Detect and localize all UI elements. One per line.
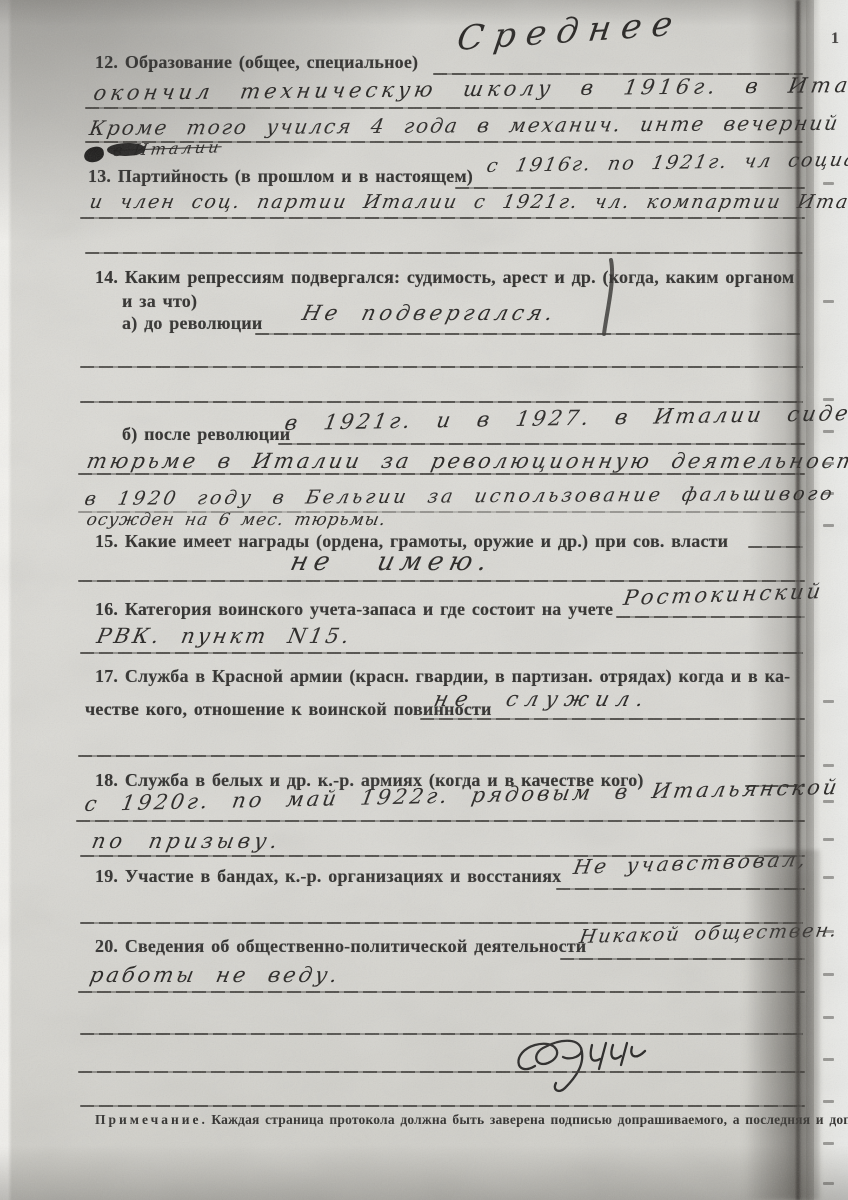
q16-number: 16. [95, 599, 118, 619]
ruled-line [80, 652, 803, 654]
q14-sub-b-label: б) после революции [122, 424, 290, 445]
ruled-line [748, 546, 803, 548]
q20-answer-line2: работы не веду. [88, 965, 342, 986]
ruled-line [255, 333, 800, 335]
ruled-line [455, 187, 805, 189]
q20-number: 20. [95, 936, 118, 956]
q14-label-line1: Каким репрессиям подвергался: судимость,… [125, 267, 794, 287]
edge-mark [823, 973, 834, 976]
edge-mark [823, 524, 834, 527]
q14-number: 14. [95, 267, 118, 287]
q12-answer-line3: Кроме того учился 4 года в механич. инте… [88, 112, 848, 138]
q19-number: 19. [95, 866, 118, 886]
ruled-line [80, 217, 805, 219]
q14-sub-b-answer3: в 1920 году в Бельгии за использование ф… [83, 484, 848, 509]
q15-number: 15. [95, 531, 118, 551]
q18-answer-line2: по призыву. [90, 831, 283, 852]
bottom-edge-shadow [0, 1145, 848, 1200]
q19-label: Участие в бандах, к.-р. организациях и в… [125, 866, 562, 886]
ruled-line [78, 580, 805, 582]
q16-label: Категория воинского учета-запаса и где с… [125, 599, 613, 619]
q13-answer-line2: и член соц. партии Италии с 1921г. чл. к… [88, 193, 848, 212]
q17-answer: не служил. [432, 689, 653, 710]
ruled-line [85, 107, 803, 109]
pen-stroke-mark [596, 258, 622, 338]
edge-mark [823, 1182, 834, 1185]
q14-label-line2: и за что) [122, 291, 197, 312]
q14-sub-a-answer: Не подвергался. [300, 303, 559, 324]
q15-answer: не имею. [288, 549, 496, 575]
ruled-line [420, 718, 805, 720]
edge-mark [823, 800, 834, 803]
ruled-line [76, 820, 805, 822]
ruled-line [78, 755, 805, 757]
ruled-line [78, 1071, 805, 1073]
edge-mark [823, 838, 834, 841]
q14-sub-b-answer4: осужден на 6 мес. тюрьмы. [85, 512, 388, 529]
q12-number: 12. [95, 52, 118, 72]
q13-number: 13. [88, 166, 111, 186]
edge-mark [823, 1100, 834, 1103]
ruled-line [78, 473, 805, 475]
q20-label: Сведения об общественно-политической дея… [125, 936, 587, 956]
scanned-protocol-page: 12. Образование (общее, специальное) Сре… [0, 0, 848, 1200]
footer-note: Примечание. Каждая страница протокола до… [95, 1111, 848, 1129]
ruled-line [80, 401, 803, 403]
q13-label: Партийность (в прошлом и в настоящем) [118, 166, 473, 186]
edge-mark [823, 430, 834, 433]
q12-answer-line2: окончил техническую школу в 1916г. в Ита… [92, 75, 848, 104]
edge-mark [823, 876, 834, 879]
edge-mark [823, 930, 834, 933]
q14-sub-b-answer2: тюрьме в Италии за революционную деятель… [85, 451, 848, 472]
note-label: Примечание. [95, 1112, 208, 1127]
ruled-line [616, 616, 805, 618]
q18-number: 18. [95, 770, 118, 790]
q17-number: 17. [95, 666, 118, 686]
ruled-line [80, 1105, 805, 1107]
edge-mark [823, 398, 834, 401]
q16-answer-line2: РВК. пункт N15. [95, 626, 354, 647]
edge-mark [823, 1016, 834, 1019]
q17-label-line2: честве кого, отношение к воинской повинн… [85, 699, 492, 720]
q17-label-line1: Служба в Красной армии (красн. гвардии, … [125, 666, 791, 686]
edge-mark [823, 182, 834, 185]
ruled-line [85, 252, 803, 254]
ruled-line [278, 443, 805, 445]
edge-mark [823, 700, 834, 703]
q12-label: Образование (общее, специальное) [125, 52, 418, 72]
edge-mark [823, 1142, 834, 1145]
ruled-line [78, 991, 805, 993]
edge-mark [823, 462, 834, 465]
signature [505, 1030, 675, 1094]
q14-sub-a-label: а) до революции [122, 313, 262, 334]
edge-mark [823, 300, 834, 303]
ruled-line [80, 1033, 803, 1035]
ruled-line [80, 366, 803, 368]
gutter-bottom-shadow [742, 850, 820, 1200]
edge-mark [823, 1058, 834, 1061]
page-number-mark: 1 [831, 30, 839, 48]
edge-mark [823, 492, 834, 495]
edge-mark [823, 764, 834, 767]
top-edge-shadow [0, 0, 848, 26]
